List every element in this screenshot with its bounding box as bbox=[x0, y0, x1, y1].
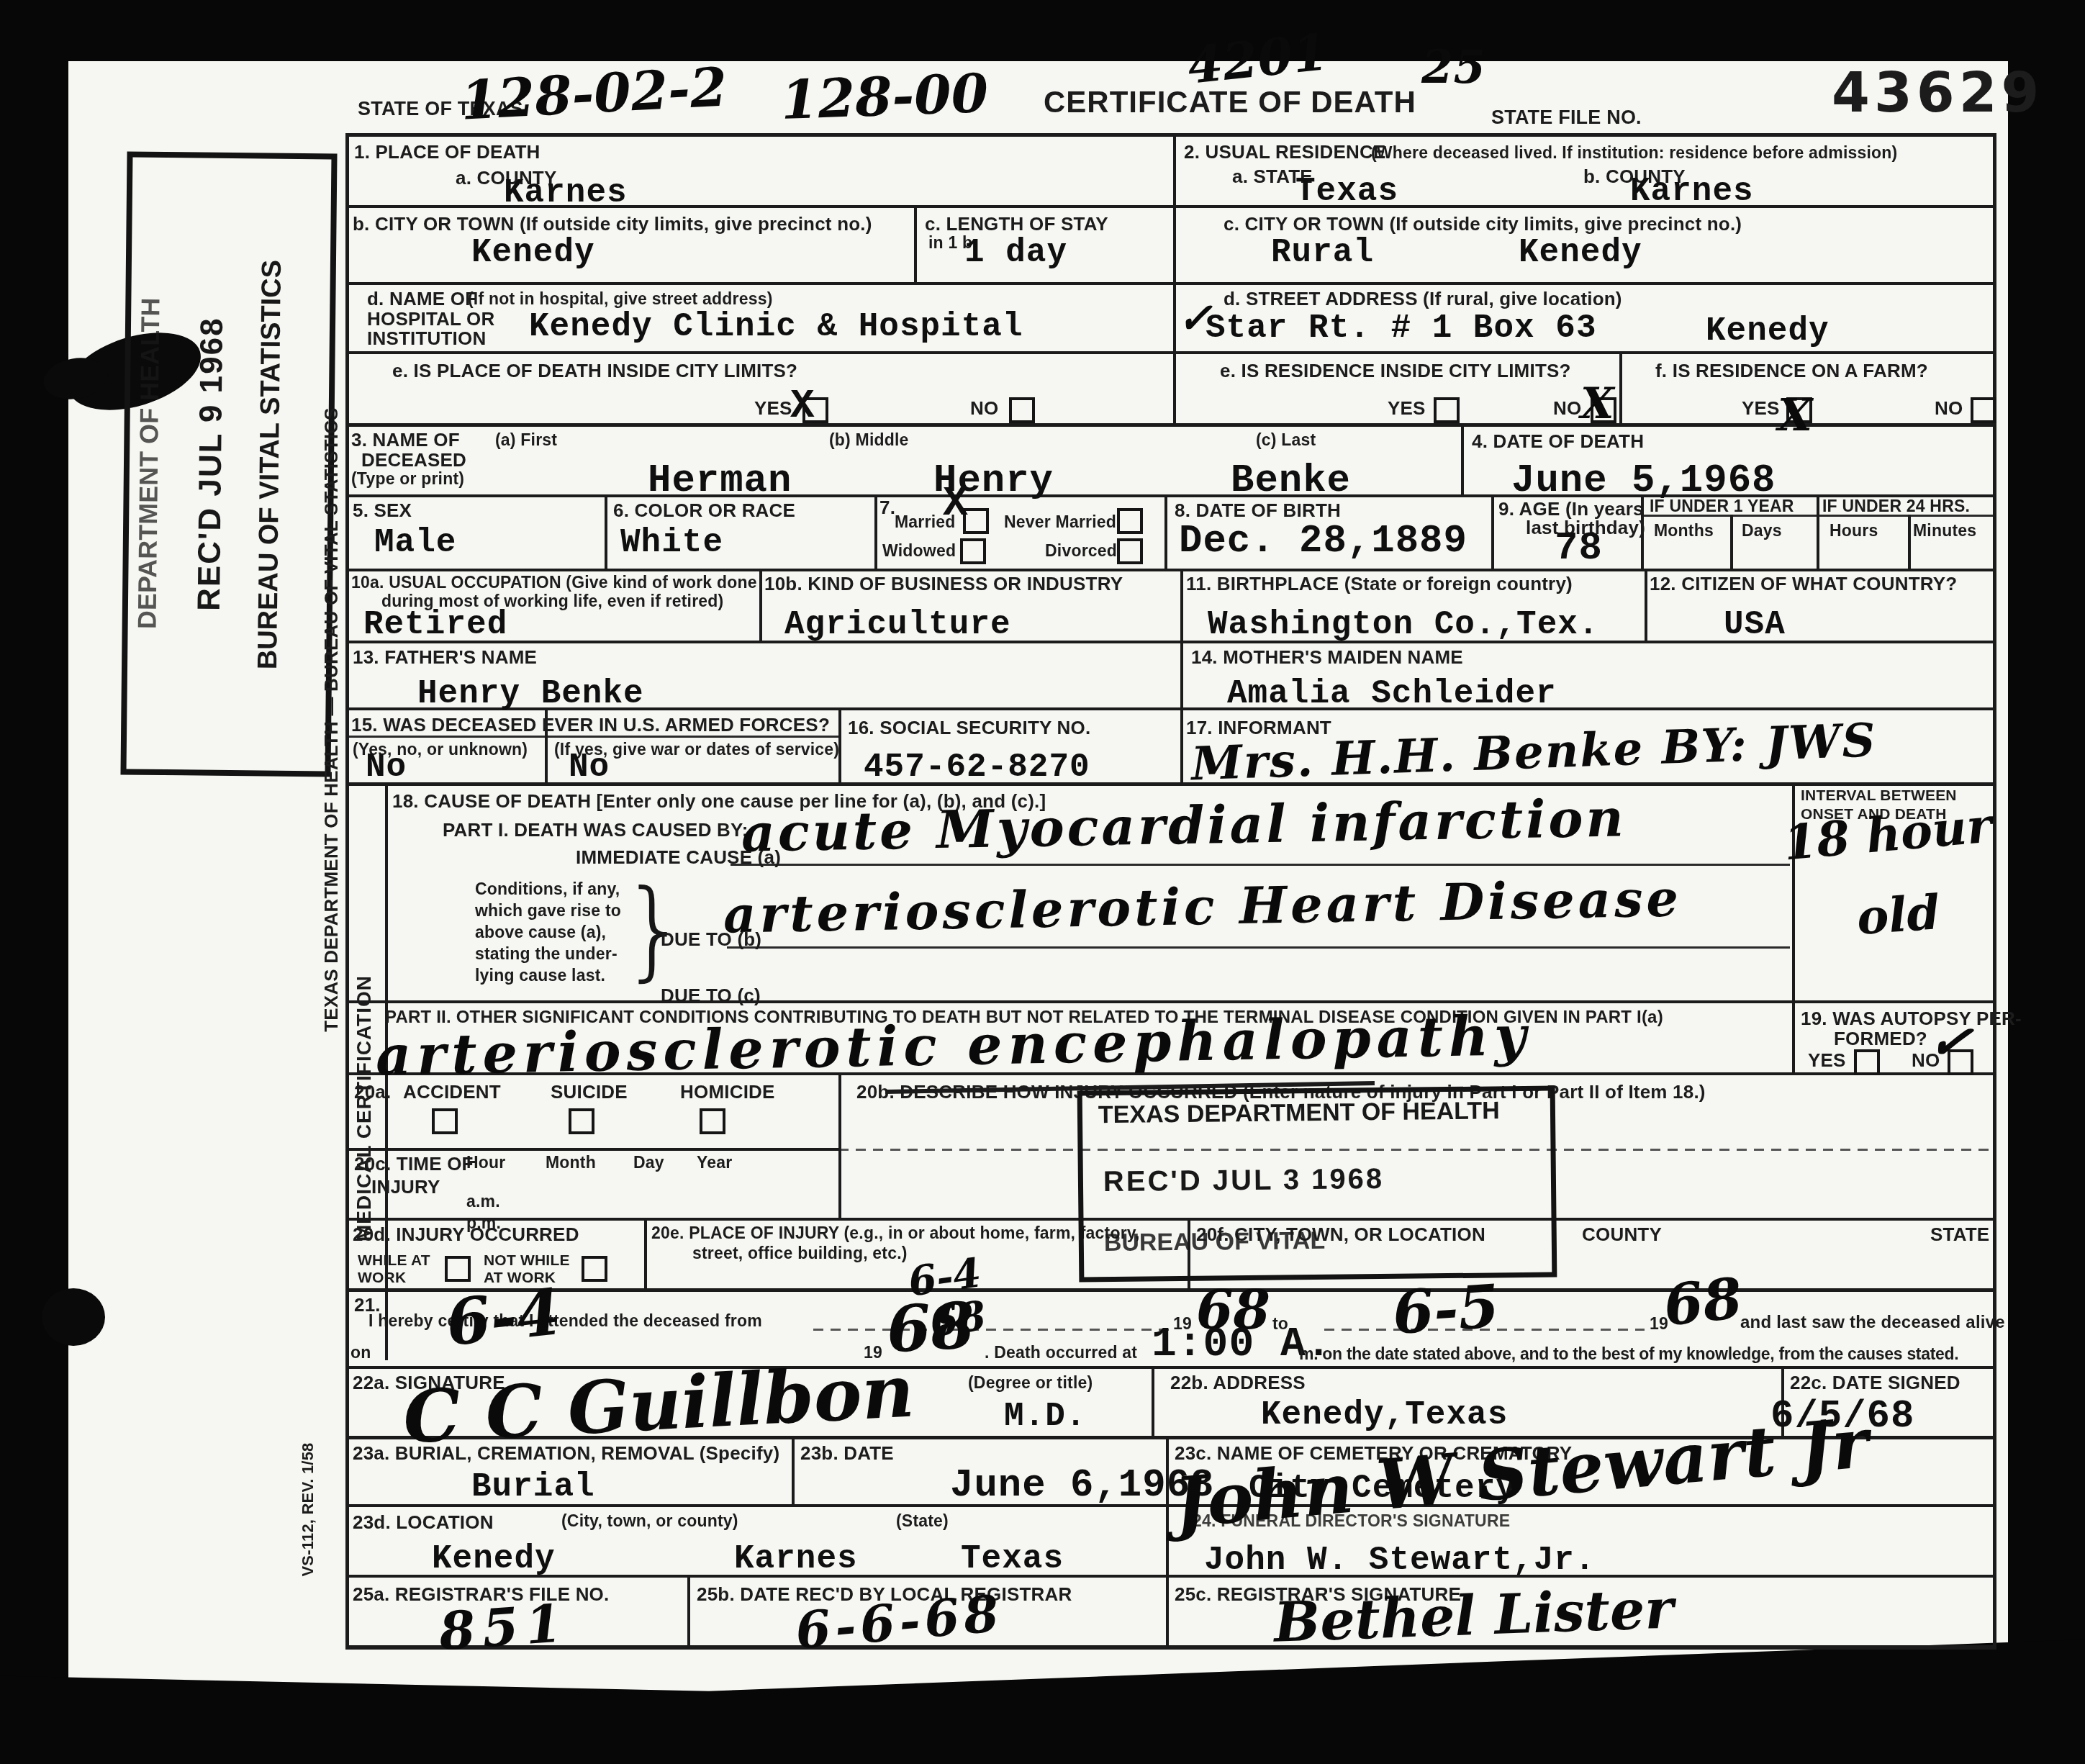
field-2d-value2: Kenedy bbox=[1706, 312, 1830, 350]
grid-line bbox=[345, 133, 349, 1648]
conditions-note: stating the under- bbox=[475, 944, 618, 964]
cause-b-underline bbox=[727, 946, 1790, 949]
grid-line bbox=[1993, 133, 1996, 1648]
work-label: WORK bbox=[358, 1270, 406, 1287]
field-8-label: 8. DATE OF BIRTH bbox=[1175, 499, 1341, 522]
checkbox-2e-yes bbox=[1434, 397, 1460, 423]
field-23d-sub1: (City, town, or county) bbox=[561, 1511, 738, 1531]
field-2d-value1: Star Rt. # 1 Box 63 bbox=[1206, 309, 1597, 347]
grid-line bbox=[1730, 515, 1733, 569]
field-1d-label1: d. NAME OF bbox=[367, 288, 476, 310]
field-20d-label: 20d. INJURY OCCURRED bbox=[353, 1224, 579, 1246]
fill-line bbox=[813, 1329, 1170, 1331]
field-6-value: White bbox=[620, 524, 723, 561]
certify-closing-text: m. on the date stated above, and to the … bbox=[1299, 1344, 1958, 1364]
field-12-value: USA bbox=[1724, 606, 1786, 643]
under-1-year-label: IF UNDER 1 YEAR bbox=[1650, 497, 1794, 516]
yes-label: YES bbox=[1742, 397, 1780, 420]
field-1b-value: Kenedy bbox=[471, 234, 595, 271]
cause-a-underline bbox=[731, 864, 1790, 866]
checkbox-20a-homicide bbox=[700, 1108, 725, 1134]
scanned-death-certificate: DEPARTMENT OF HEALTH REC'D JUL 9 1968 BU… bbox=[0, 0, 2085, 1764]
checkbox-20a-suicide bbox=[569, 1108, 594, 1134]
stamp-line: REC'D JUL 3 1968 bbox=[1103, 1163, 1385, 1198]
field-2-title: 2. USUAL RESIDENCE bbox=[1184, 141, 1386, 163]
checkbox-20a-accident bbox=[432, 1108, 458, 1134]
field-10a-label1: 10a. USUAL OCCUPATION (Give kind of work… bbox=[351, 573, 757, 592]
yes-label: YES bbox=[1808, 1049, 1846, 1072]
scan-border-left bbox=[0, 0, 68, 1764]
hw-last-saw-year: 68 bbox=[1661, 1266, 1745, 1339]
field-15-value1: No bbox=[366, 748, 407, 786]
grid-line bbox=[1645, 569, 1647, 641]
field-3-last: Benke bbox=[1231, 459, 1351, 503]
field-2c-value2: Kenedy bbox=[1519, 234, 1642, 271]
field-3b-label: (b) Middle bbox=[829, 430, 909, 450]
days-label: Days bbox=[1742, 521, 1782, 540]
due-to-c-label: DUE TO (c) bbox=[661, 985, 761, 1007]
field-2f-label: f. IS RESIDENCE ON A FARM? bbox=[1655, 360, 1928, 382]
county-label: COUNTY bbox=[1582, 1224, 1662, 1246]
field-13-label: 13. FATHER'S NAME bbox=[353, 646, 537, 669]
field-25a-value: 851 bbox=[437, 1592, 571, 1662]
field-4-label: 4. DATE OF DEATH bbox=[1472, 430, 1644, 453]
field-19-label1: 19. WAS AUTOPSY PER- bbox=[1801, 1008, 2022, 1030]
field-16-label: 16. SOCIAL SECURITY NO. bbox=[848, 717, 1090, 739]
field-1-title: 1. PLACE OF DEATH bbox=[354, 141, 541, 163]
no-label: NO bbox=[1935, 397, 1963, 420]
field-23b-label: 23b. DATE bbox=[800, 1442, 894, 1465]
checkbox-2f-no bbox=[1971, 397, 1996, 423]
field-23a-label: 23a. BURIAL, CREMATION, REMOVAL (Specify… bbox=[353, 1442, 779, 1465]
conditions-note: lying cause last. bbox=[475, 966, 605, 985]
hw-on-date: 6-4 bbox=[443, 1274, 564, 1360]
field-1d-label1b: (If not in hospital, give street address… bbox=[468, 289, 773, 309]
grid-line bbox=[345, 1000, 1996, 1003]
conditions-note: above cause (a), bbox=[475, 923, 606, 942]
field-15-value2: No bbox=[569, 748, 610, 786]
degree-value: M.D. bbox=[1004, 1398, 1086, 1435]
not-while-label: NOT WHILE bbox=[484, 1252, 570, 1270]
grid-line bbox=[644, 1218, 647, 1288]
state-label: STATE bbox=[1930, 1224, 1989, 1246]
grid-line bbox=[1164, 494, 1167, 569]
grid-line bbox=[792, 1436, 795, 1504]
field-1d-label3: INSTITUTION bbox=[367, 327, 486, 350]
no-label: NO bbox=[1553, 397, 1581, 420]
grid-line bbox=[1908, 515, 1911, 569]
field-3c-label: (c) Last bbox=[1256, 430, 1316, 450]
under-24-hrs-label: IF UNDER 24 HRS. bbox=[1822, 497, 1970, 516]
field-2a-value: Texas bbox=[1295, 173, 1398, 210]
grid-line bbox=[605, 494, 607, 569]
field-20e-label2: street, office building, etc.) bbox=[692, 1244, 908, 1263]
certify-text: I hereby certify that I attended the dec… bbox=[368, 1311, 762, 1331]
field-23d-value3: Texas bbox=[961, 1540, 1064, 1578]
x-mark-2e-no: X bbox=[1580, 379, 1614, 429]
interval-b-handwritten: old bbox=[1855, 884, 1941, 946]
accident-label: ACCIDENT bbox=[403, 1081, 501, 1103]
scan-border-top bbox=[0, 0, 2085, 61]
field-1e-label: e. IS PLACE OF DEATH INSIDE CITY LIMITS? bbox=[392, 360, 797, 382]
field-3-label3: (Type or print) bbox=[351, 469, 464, 489]
grid-line bbox=[345, 1288, 1996, 1292]
field-8-value: Dec. 28,1889 bbox=[1179, 520, 1467, 564]
field-3-label2: DECEASED bbox=[361, 449, 466, 471]
checkbox-1e-no bbox=[1009, 397, 1035, 423]
field-10b-value: Agriculture bbox=[784, 606, 1011, 643]
field-2-title-paren: (Where deceased lived. If institution: r… bbox=[1371, 143, 1897, 163]
day-label: Day bbox=[633, 1153, 664, 1172]
stamp-line: TEXAS DEPARTMENT OF HEALTH bbox=[1098, 1097, 1500, 1129]
month-label: Month bbox=[546, 1153, 596, 1172]
agency-vertical-text: TEXAS DEPARTMENT OF HEALTH — BUREAU OF V… bbox=[320, 302, 345, 1137]
field-11-value: Washington Co.,Tex. bbox=[1208, 606, 1599, 643]
grid-line bbox=[345, 351, 1996, 354]
checkbox-20d-notwhile bbox=[582, 1256, 607, 1282]
x-mark-1e-yes: X bbox=[790, 383, 815, 429]
checkbox-7-never-married bbox=[1117, 508, 1143, 534]
grid-line bbox=[1491, 494, 1494, 569]
yes-label: YES bbox=[754, 397, 792, 420]
grid-line bbox=[345, 1575, 1996, 1578]
received-stamp-jul3: TEXAS DEPARTMENT OF HEALTH REC'D JUL 3 1… bbox=[1077, 1086, 1557, 1283]
field-23a-value: Burial bbox=[471, 1468, 595, 1506]
grid-line bbox=[345, 423, 1996, 427]
file-number: 43629 bbox=[1832, 60, 2043, 125]
field-2c-value1: Rural bbox=[1271, 234, 1374, 271]
field-24-typed-name: John W. Stewart,Jr. bbox=[1204, 1542, 1596, 1579]
field-3a-label: (a) First bbox=[495, 430, 557, 450]
stamp-line: DEPARTMENT OF HEALTH bbox=[131, 158, 168, 769]
hour-label: Hour bbox=[466, 1153, 505, 1172]
check-mark-19-no: ✓ bbox=[1925, 1008, 1976, 1075]
field-14-value: Amalia Schleider bbox=[1227, 675, 1557, 713]
field-9-value: 78 bbox=[1555, 527, 1603, 571]
grid-line bbox=[345, 133, 1996, 137]
field-23d-value1: Kenedy bbox=[432, 1540, 556, 1578]
field-1c-value: 1 day bbox=[964, 234, 1067, 271]
while-at-label: WHILE AT bbox=[358, 1252, 430, 1270]
field-23d-sub2: (State) bbox=[896, 1511, 949, 1531]
field-20a-num: 20a. bbox=[354, 1081, 391, 1103]
last-saw-text: and last saw the deceased alive bbox=[1740, 1313, 2005, 1333]
field-5-value: Male bbox=[374, 524, 456, 561]
field-7-widowed-label: Widowed bbox=[882, 541, 956, 561]
field-13-value: Henry Benke bbox=[417, 675, 644, 713]
stamp-line: BUREAU OF VITAL STATISTICS bbox=[252, 158, 289, 770]
grid-line bbox=[687, 1575, 690, 1648]
hw-to-date: 6-5 bbox=[1390, 1272, 1501, 1348]
field-2c-label: c. CITY OR TOWN (If outside city limits,… bbox=[1224, 213, 1742, 235]
certificate-title: CERTIFICATE OF DEATH bbox=[1044, 85, 1416, 119]
minutes-label: Minutes bbox=[1913, 521, 1976, 540]
field-11-label: 11. BIRTHPLACE (State or foreign country… bbox=[1186, 573, 1573, 595]
field-22c-label: 22c. DATE SIGNED bbox=[1790, 1372, 1960, 1394]
on-label: on bbox=[350, 1343, 371, 1362]
x-mark-7-married: X bbox=[943, 481, 969, 528]
field-2b-value: Karnes bbox=[1630, 173, 1754, 210]
field-22b-value: Kenedy,Texas bbox=[1261, 1396, 1508, 1434]
handwritten-number-2: 25 bbox=[1421, 40, 1485, 94]
months-label: Months bbox=[1654, 521, 1714, 540]
field-7-divorced-label: Divorced bbox=[1045, 541, 1117, 561]
stamp-line: BUREAU OF VITAL bbox=[1104, 1227, 1326, 1257]
field-6-label: 6. COLOR OR RACE bbox=[613, 499, 795, 522]
checkbox-19-yes bbox=[1854, 1049, 1880, 1075]
field-5-label: 5. SEX bbox=[353, 499, 412, 522]
field-10b-label: 10b. KIND OF BUSINESS OR INDUSTRY bbox=[764, 573, 1123, 595]
field-1c-label: c. LENGTH OF STAY bbox=[925, 213, 1108, 235]
no-label: NO bbox=[970, 397, 998, 420]
grid-line bbox=[345, 1645, 1996, 1650]
grid-line bbox=[345, 569, 1996, 571]
grid-line bbox=[345, 1148, 838, 1151]
degree-or-title-label: (Degree or title) bbox=[968, 1373, 1093, 1393]
homicide-label: HOMICIDE bbox=[680, 1081, 775, 1103]
field-23d-value2: Karnes bbox=[734, 1540, 858, 1578]
field-16-value: 457-62-8270 bbox=[864, 748, 1090, 786]
field-20c-label2: INJURY bbox=[371, 1176, 440, 1198]
field-20e-label1: 20e. PLACE OF INJURY (e.g., in or about … bbox=[651, 1224, 1140, 1243]
checkbox-7-widowed bbox=[960, 538, 986, 564]
part1-label: PART I. DEATH WAS CAUSED BY: bbox=[443, 819, 748, 841]
field-7-never-married-label: Never Married bbox=[1004, 512, 1116, 532]
field-7-label: 7. bbox=[879, 497, 895, 519]
death-occurred-text: . Death occurred at bbox=[985, 1343, 1137, 1362]
field-2d-label: d. STREET ADDRESS (If rural, give locati… bbox=[1224, 288, 1622, 310]
x-mark-2f-yes: X bbox=[1778, 389, 1812, 441]
grid-line bbox=[345, 282, 1996, 285]
field-10a-value: Retired bbox=[363, 606, 507, 643]
field-12-label: 12. CITIZEN OF WHAT COUNTRY? bbox=[1650, 573, 1957, 595]
ink-blob bbox=[42, 1288, 105, 1346]
field-1b-label: b. CITY OR TOWN (If outside city limits,… bbox=[353, 213, 872, 235]
grid-line bbox=[838, 1072, 841, 1218]
checkbox-7-divorced bbox=[1117, 538, 1143, 564]
grid-line bbox=[914, 205, 917, 282]
field-1a-value: Karnes bbox=[504, 174, 628, 212]
field-19-label2: FORMED? bbox=[1834, 1028, 1927, 1050]
stamp-line: REC'D JUL 9 1968 bbox=[190, 158, 232, 769]
am-label: a.m. bbox=[466, 1192, 500, 1211]
grid-line bbox=[1180, 569, 1183, 782]
grid-line bbox=[874, 494, 877, 569]
received-stamp-jul9: DEPARTMENT OF HEALTH REC'D JUL 9 1968 BU… bbox=[120, 151, 337, 777]
grid-line bbox=[1173, 133, 1176, 423]
checkbox-20d-while bbox=[445, 1256, 471, 1282]
field-20c-label1: 20c. TIME OF bbox=[354, 1153, 474, 1175]
conditions-note: which gave rise to bbox=[475, 901, 621, 921]
field-15-label: 15. WAS DECEASED EVER IN U.S. ARMED FORC… bbox=[351, 714, 830, 736]
form-code-vertical-text: VS-112, REV. 1/58 bbox=[299, 1421, 320, 1598]
year-label: Year bbox=[697, 1153, 732, 1172]
handwritten-code-2: 128-00 bbox=[780, 63, 990, 132]
field-23d-label: 23d. LOCATION bbox=[353, 1511, 494, 1534]
field-3-label1: 3. NAME OF bbox=[351, 429, 460, 451]
scan-border-right bbox=[2008, 0, 2085, 1764]
grid-line bbox=[1461, 423, 1464, 494]
field-3-first: Herman bbox=[648, 459, 792, 503]
grid-line bbox=[1152, 1366, 1154, 1436]
grid-line bbox=[1619, 351, 1622, 423]
state-file-no-label: STATE FILE NO. bbox=[1491, 107, 1642, 129]
field-22b-label: 22b. ADDRESS bbox=[1170, 1372, 1306, 1394]
suicide-label: SUICIDE bbox=[551, 1081, 628, 1103]
yes-label: YES bbox=[1388, 397, 1426, 420]
field-2e-label: e. IS RESIDENCE INSIDE CITY LIMITS? bbox=[1220, 360, 1571, 382]
conditions-note: Conditions, if any, bbox=[475, 879, 620, 899]
hours-label: Hours bbox=[1830, 521, 1878, 540]
grid-line bbox=[1817, 494, 1819, 569]
field-1d-value: Kenedy Clinic & Hospital bbox=[529, 308, 1023, 345]
grid-line bbox=[759, 569, 762, 641]
field-14-label: 14. MOTHER'S MAIDEN NAME bbox=[1191, 646, 1463, 669]
